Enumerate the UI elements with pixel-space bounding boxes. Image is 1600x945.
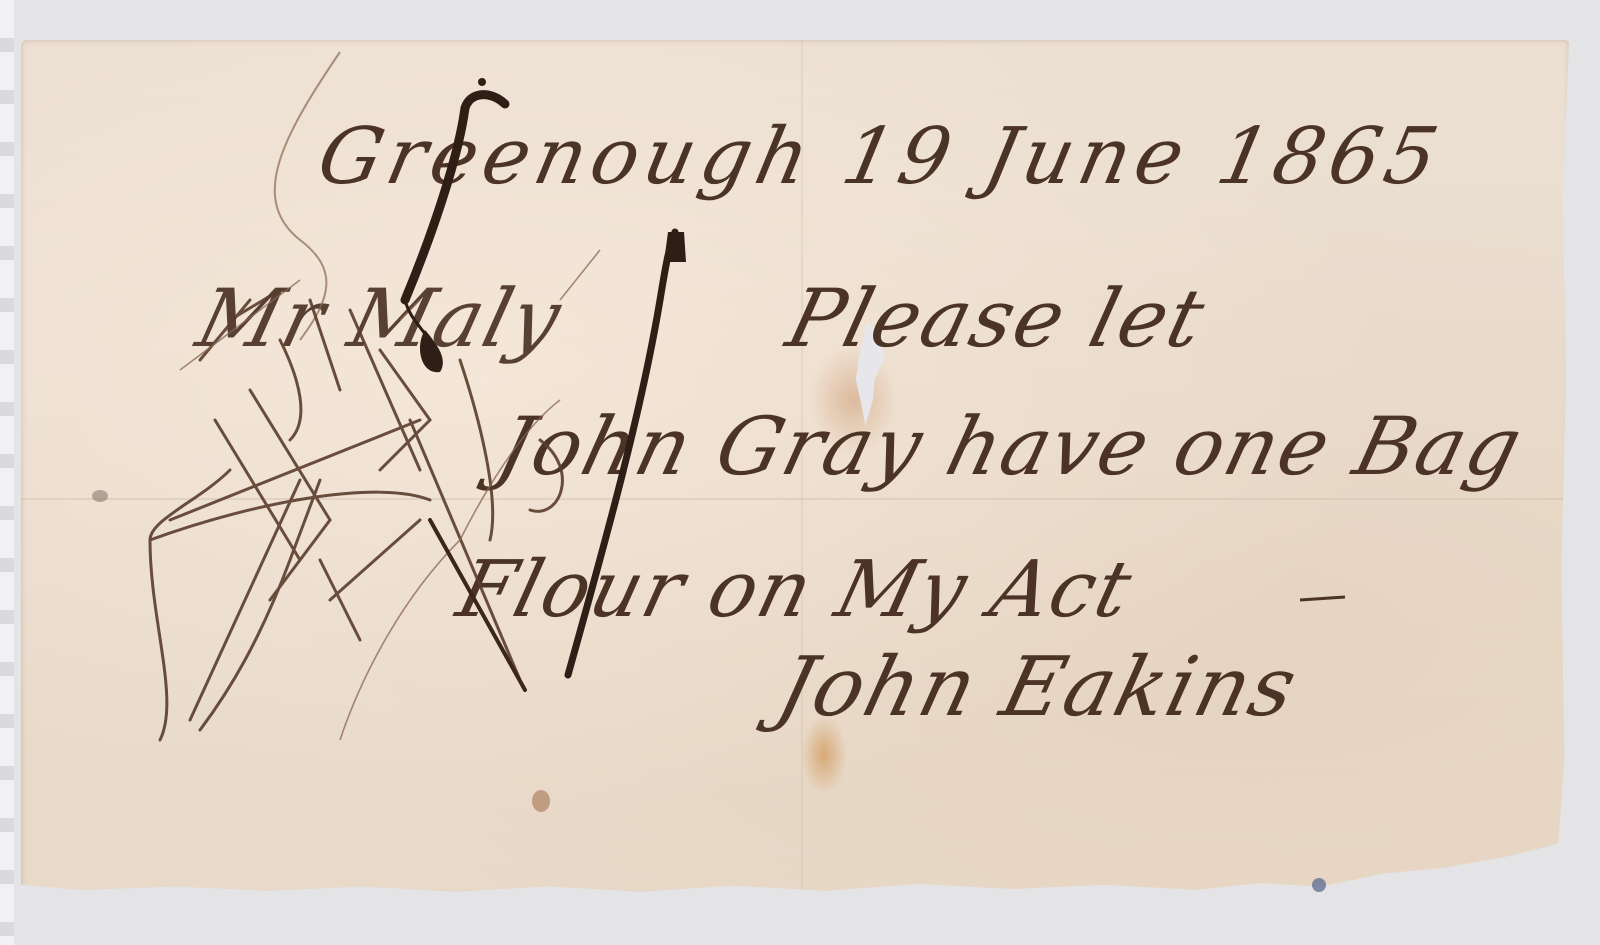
faint-loop-stroke: [275, 52, 340, 340]
check-mark-icon: [568, 232, 675, 675]
endorsement-scrawl: [150, 290, 562, 740]
act-dash: [1300, 597, 1345, 600]
ink-strokes: [0, 0, 1600, 945]
heavy-slash-stroke: [405, 95, 505, 300]
